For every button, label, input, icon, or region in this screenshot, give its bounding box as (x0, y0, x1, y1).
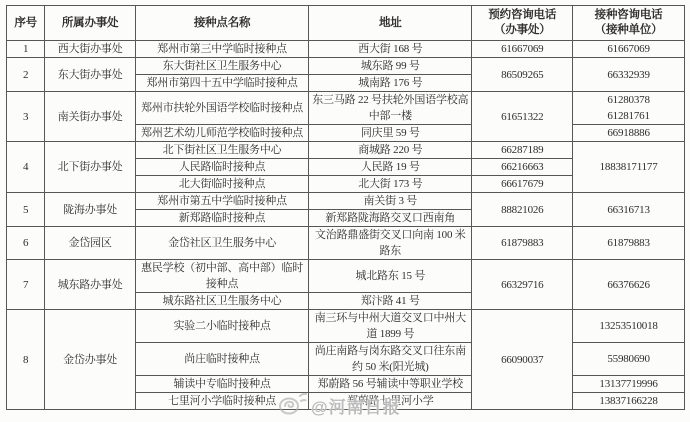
cell-address: 尚庄南路与岗东路交叉口往东南约 50 米(阳光城) (309, 343, 472, 376)
cell-site-phone: 66316713 (573, 193, 685, 227)
cell-office-phone: 66090037 (472, 310, 573, 410)
header-vaccine-phone: 接种咨询电话 （接种单位） (573, 6, 685, 41)
cell-office: 金岱园区 (45, 227, 136, 260)
cell-site-phone: 13137719996 (573, 376, 685, 393)
cell-office: 西大街办事处 (45, 41, 136, 58)
cell-site-phone: 13837166228 (573, 393, 685, 410)
cell-site-name: 郑州市第五中学临时接种点 (135, 193, 308, 210)
cell-office-phone: 86509265 (472, 58, 573, 92)
cell-no: 6 (7, 227, 45, 260)
cell-office-phone: 66287189 (472, 142, 573, 159)
cell-site-name: 城东路社区卫生服务中心 (135, 293, 308, 310)
cell-site-name: 郑州市扶轮外国语学校临时接种点 (135, 92, 308, 125)
cell-address: 南关街 3 号 (309, 193, 472, 210)
cell-address: 城北路东 15 号 (309, 260, 472, 293)
vaccination-sites-table: 序号 所属办事处 接种点名称 地址 预约咨询电话 （办事处） 接种咨询电话 （接… (6, 5, 685, 410)
table-row: 5 陇海办事处 郑州市第五中学临时接种点 南关街 3 号 88821026 66… (7, 193, 685, 210)
cell-address: 东三马路 22 号扶轮外国语学校高中部一楼 (309, 92, 472, 125)
header-site-name: 接种点名称 (135, 6, 308, 41)
cell-address: 同庆里 59 号 (309, 125, 472, 142)
header-booking-phone-line2: （办事处） (474, 23, 570, 38)
header-no: 序号 (7, 6, 45, 41)
cell-site-name: 北下街社区卫生服务中心 (135, 142, 308, 159)
site-phone-line1: 61280378 (575, 92, 682, 108)
table-row: 1 西大街办事处 郑州市第三中学临时接种点 西大街 168 号 61667069… (7, 41, 685, 58)
cell-site-phone: 61879883 (573, 227, 685, 260)
cell-no: 7 (7, 260, 45, 310)
header-row: 序号 所属办事处 接种点名称 地址 预约咨询电话 （办事处） 接种咨询电话 （接… (7, 6, 685, 41)
cell-site-phone: 66376626 (573, 260, 685, 310)
cell-site-name: 惠民学校（初中部、高中部）临时接种点 (135, 260, 308, 293)
cell-site-name: 郑州艺术幼儿师范学校临时接种点 (135, 125, 308, 142)
cell-office-phone: 61667069 (472, 41, 573, 58)
cell-no: 8 (7, 310, 45, 410)
cell-address: 郑汴路 41 号 (309, 293, 472, 310)
cell-site-name: 郑州市第四十五中学临时接种点 (135, 75, 308, 92)
cell-site-name: 北大街临时接种点 (135, 176, 308, 193)
cell-office-phone: 61651322 (472, 92, 573, 142)
cell-site-name: 七里河小学临时接种点 (135, 393, 308, 410)
cell-address: 郑蔚路 56 号辅读中等职业学校 (309, 376, 472, 393)
cell-address: 文治路鼎盛街交叉口向南 100 米路东 (309, 227, 472, 260)
cell-no: 4 (7, 142, 45, 193)
table-row: 4 北下街办事处 北下街社区卫生服务中心 商城路 220 号 66287189 … (7, 142, 685, 159)
cell-site-phone: 61280378 61281761 (573, 92, 685, 125)
cell-site-phone: 18838171177 (573, 142, 685, 193)
cell-address: 北大街 173 号 (309, 176, 472, 193)
cell-address: 郑蔚路七里河小学 (309, 393, 472, 410)
cell-site-name: 东大街社区卫生服务中心 (135, 58, 308, 75)
cell-site-phone: 66918886 (573, 125, 685, 142)
cell-site-phone: 66332939 (573, 58, 685, 92)
cell-no: 2 (7, 58, 45, 92)
cell-site-name: 辅读中专临时接种点 (135, 376, 308, 393)
cell-address: 城南路 176 号 (309, 75, 472, 92)
cell-site-phone: 61667069 (573, 41, 685, 58)
cell-no: 3 (7, 92, 45, 142)
header-booking-phone: 预约咨询电话 （办事处） (472, 6, 573, 41)
table-row: 8 金岱办事处 实验二小临时接种点 南三环与中州大道交叉口中州大道 1899 号… (7, 310, 685, 343)
cell-office: 南关街办事处 (45, 92, 136, 142)
cell-address: 西大街 168 号 (309, 41, 472, 58)
table-row: 2 东大街办事处 东大街社区卫生服务中心 城东路 99 号 86509265 6… (7, 58, 685, 75)
header-address: 地址 (309, 6, 472, 41)
cell-site-phone: 13253510018 (573, 310, 685, 343)
cell-address: 人民路 19 号 (309, 159, 472, 176)
cell-office: 北下街办事处 (45, 142, 136, 193)
cell-site-name: 金岱社区卫生服务中心 (135, 227, 308, 260)
cell-office-phone: 66216663 (472, 159, 573, 176)
header-vaccine-phone-line1: 接种咨询电话 (575, 8, 682, 23)
table-row: 7 城东路办事处 惠民学校（初中部、高中部）临时接种点 城北路东 15 号 66… (7, 260, 685, 293)
cell-office: 城东路办事处 (45, 260, 136, 310)
cell-address: 南三环与中州大道交叉口中州大道 1899 号 (309, 310, 472, 343)
cell-address: 城东路 99 号 (309, 58, 472, 75)
cell-site-name: 人民路临时接种点 (135, 159, 308, 176)
table-row: 6 金岱园区 金岱社区卫生服务中心 文治路鼎盛街交叉口向南 100 米路东 61… (7, 227, 685, 260)
cell-site-phone: 55980690 (573, 343, 685, 376)
cell-site-name: 郑州市第三中学临时接种点 (135, 41, 308, 58)
cell-office: 陇海办事处 (45, 193, 136, 227)
cell-office: 金岱办事处 (45, 310, 136, 410)
header-booking-phone-line1: 预约咨询电话 (474, 8, 570, 23)
cell-site-name: 尚庄临时接种点 (135, 343, 308, 376)
vaccination-sites-table-page: 序号 所属办事处 接种点名称 地址 预约咨询电话 （办事处） 接种咨询电话 （接… (0, 0, 690, 422)
cell-office-phone: 88821026 (472, 193, 573, 227)
cell-office-phone: 66329716 (472, 260, 573, 310)
cell-site-name: 新郑路临时接种点 (135, 210, 308, 227)
site-phone-line2: 61281761 (575, 108, 682, 124)
header-vaccine-phone-line2: （接种单位） (575, 23, 682, 38)
cell-no: 5 (7, 193, 45, 227)
cell-office-phone: 66617679 (472, 176, 573, 193)
cell-site-name: 实验二小临时接种点 (135, 310, 308, 343)
cell-office-phone: 61879883 (472, 227, 573, 260)
cell-address: 商城路 220 号 (309, 142, 472, 159)
cell-no: 1 (7, 41, 45, 58)
header-office: 所属办事处 (45, 6, 136, 41)
table-row: 3 南关街办事处 郑州市扶轮外国语学校临时接种点 东三马路 22 号扶轮外国语学… (7, 92, 685, 125)
cell-address: 新郑路陇海路交叉口西南角 (309, 210, 472, 227)
cell-office: 东大街办事处 (45, 58, 136, 92)
